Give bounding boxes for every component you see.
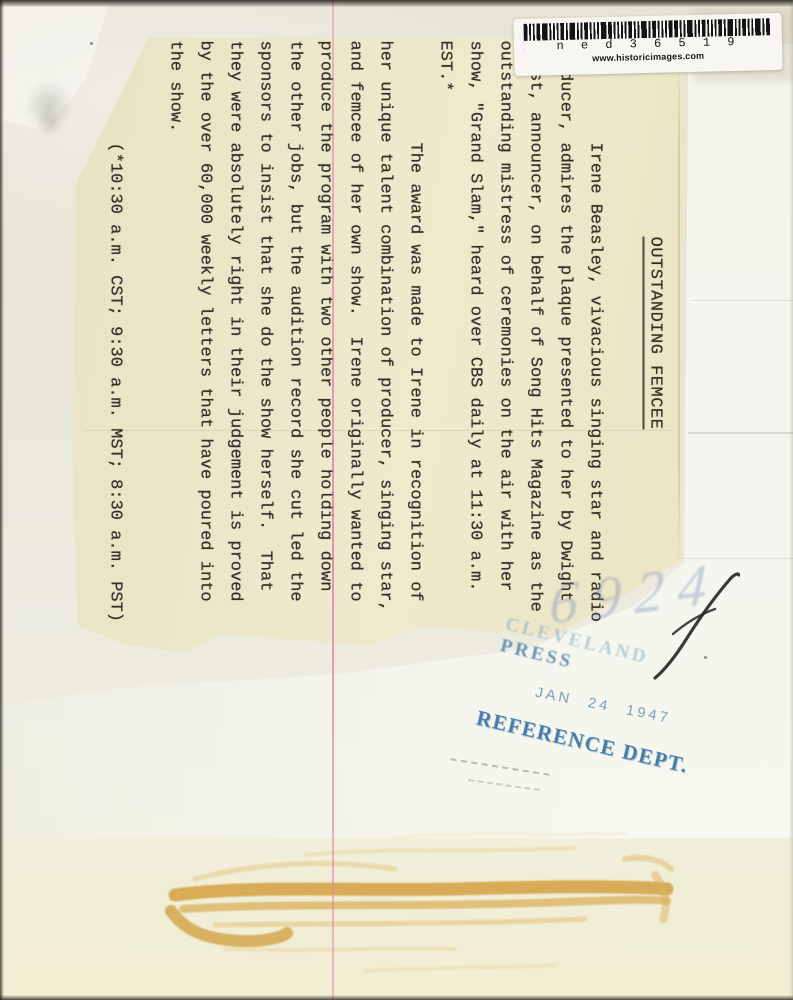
pen-check-mark xyxy=(645,572,740,687)
caption-text-block: OUTSTANDING FEMCEE Irene Beasley, vivaci… xyxy=(100,41,670,626)
caption-paper-crease xyxy=(678,44,680,564)
paper-crease xyxy=(690,300,793,301)
caption-line: produce the program with two other peopl… xyxy=(310,41,340,626)
paper-crease xyxy=(688,432,793,434)
speck xyxy=(90,42,93,45)
photo-edge-top xyxy=(0,0,793,7)
caption-line xyxy=(130,41,160,626)
caption-line: they were absolutely right in their judg… xyxy=(220,41,250,626)
caption-line: producer, admires the plaque presented t… xyxy=(550,41,580,626)
caption-line: by the over 60,000 weekly letters that h… xyxy=(190,41,220,626)
caption-line: her unique talent combination of produce… xyxy=(370,41,400,626)
caption-line: sponsors to insist that she do the show … xyxy=(250,41,280,626)
caption-line: outstanding mistress of ceremonies on th… xyxy=(490,41,520,626)
caption-line: and femcee of her own show. Irene origin… xyxy=(340,41,370,626)
glue-stain xyxy=(155,815,695,985)
photo-edge-bottom xyxy=(0,995,793,1000)
photo-edge-right xyxy=(789,0,793,1000)
caption-title-underlined: OUTSTANDING FEMCEE xyxy=(643,237,665,430)
caption-line: Weist, announcer, on behalf of Song Hits… xyxy=(520,41,550,626)
smudge xyxy=(32,100,66,144)
barcode-sticker: n e d 3 6 5 1 9 www.historicimages.com xyxy=(513,13,782,76)
photo-edge-left xyxy=(0,0,4,1000)
caption-line: Irene Beasley, vivacious singing star an… xyxy=(580,41,610,626)
caption-text-rotated: OUTSTANDING FEMCEE Irene Beasley, vivaci… xyxy=(92,48,677,618)
caption-line: the show. xyxy=(160,41,190,626)
press-photo-back: OUTSTANDING FEMCEE Irene Beasley, vivaci… xyxy=(0,0,793,1000)
caption-line: show, "Grand Slam," heard over CBS daily… xyxy=(460,41,490,626)
caption-line: EST.* xyxy=(430,41,460,626)
caption-line: (*10:30 a.m. CST; 9:30 a.m. MST; 8:30 a.… xyxy=(100,41,130,626)
caption-title: OUTSTANDING FEMCEE xyxy=(610,41,670,626)
caption-line: the other jobs, but the audition record … xyxy=(280,41,310,626)
pink-scan-line xyxy=(332,0,334,1000)
caption-line: The award was made to Irene in recogniti… xyxy=(400,41,430,626)
caption-body: Irene Beasley, vivacious singing star an… xyxy=(100,41,610,626)
